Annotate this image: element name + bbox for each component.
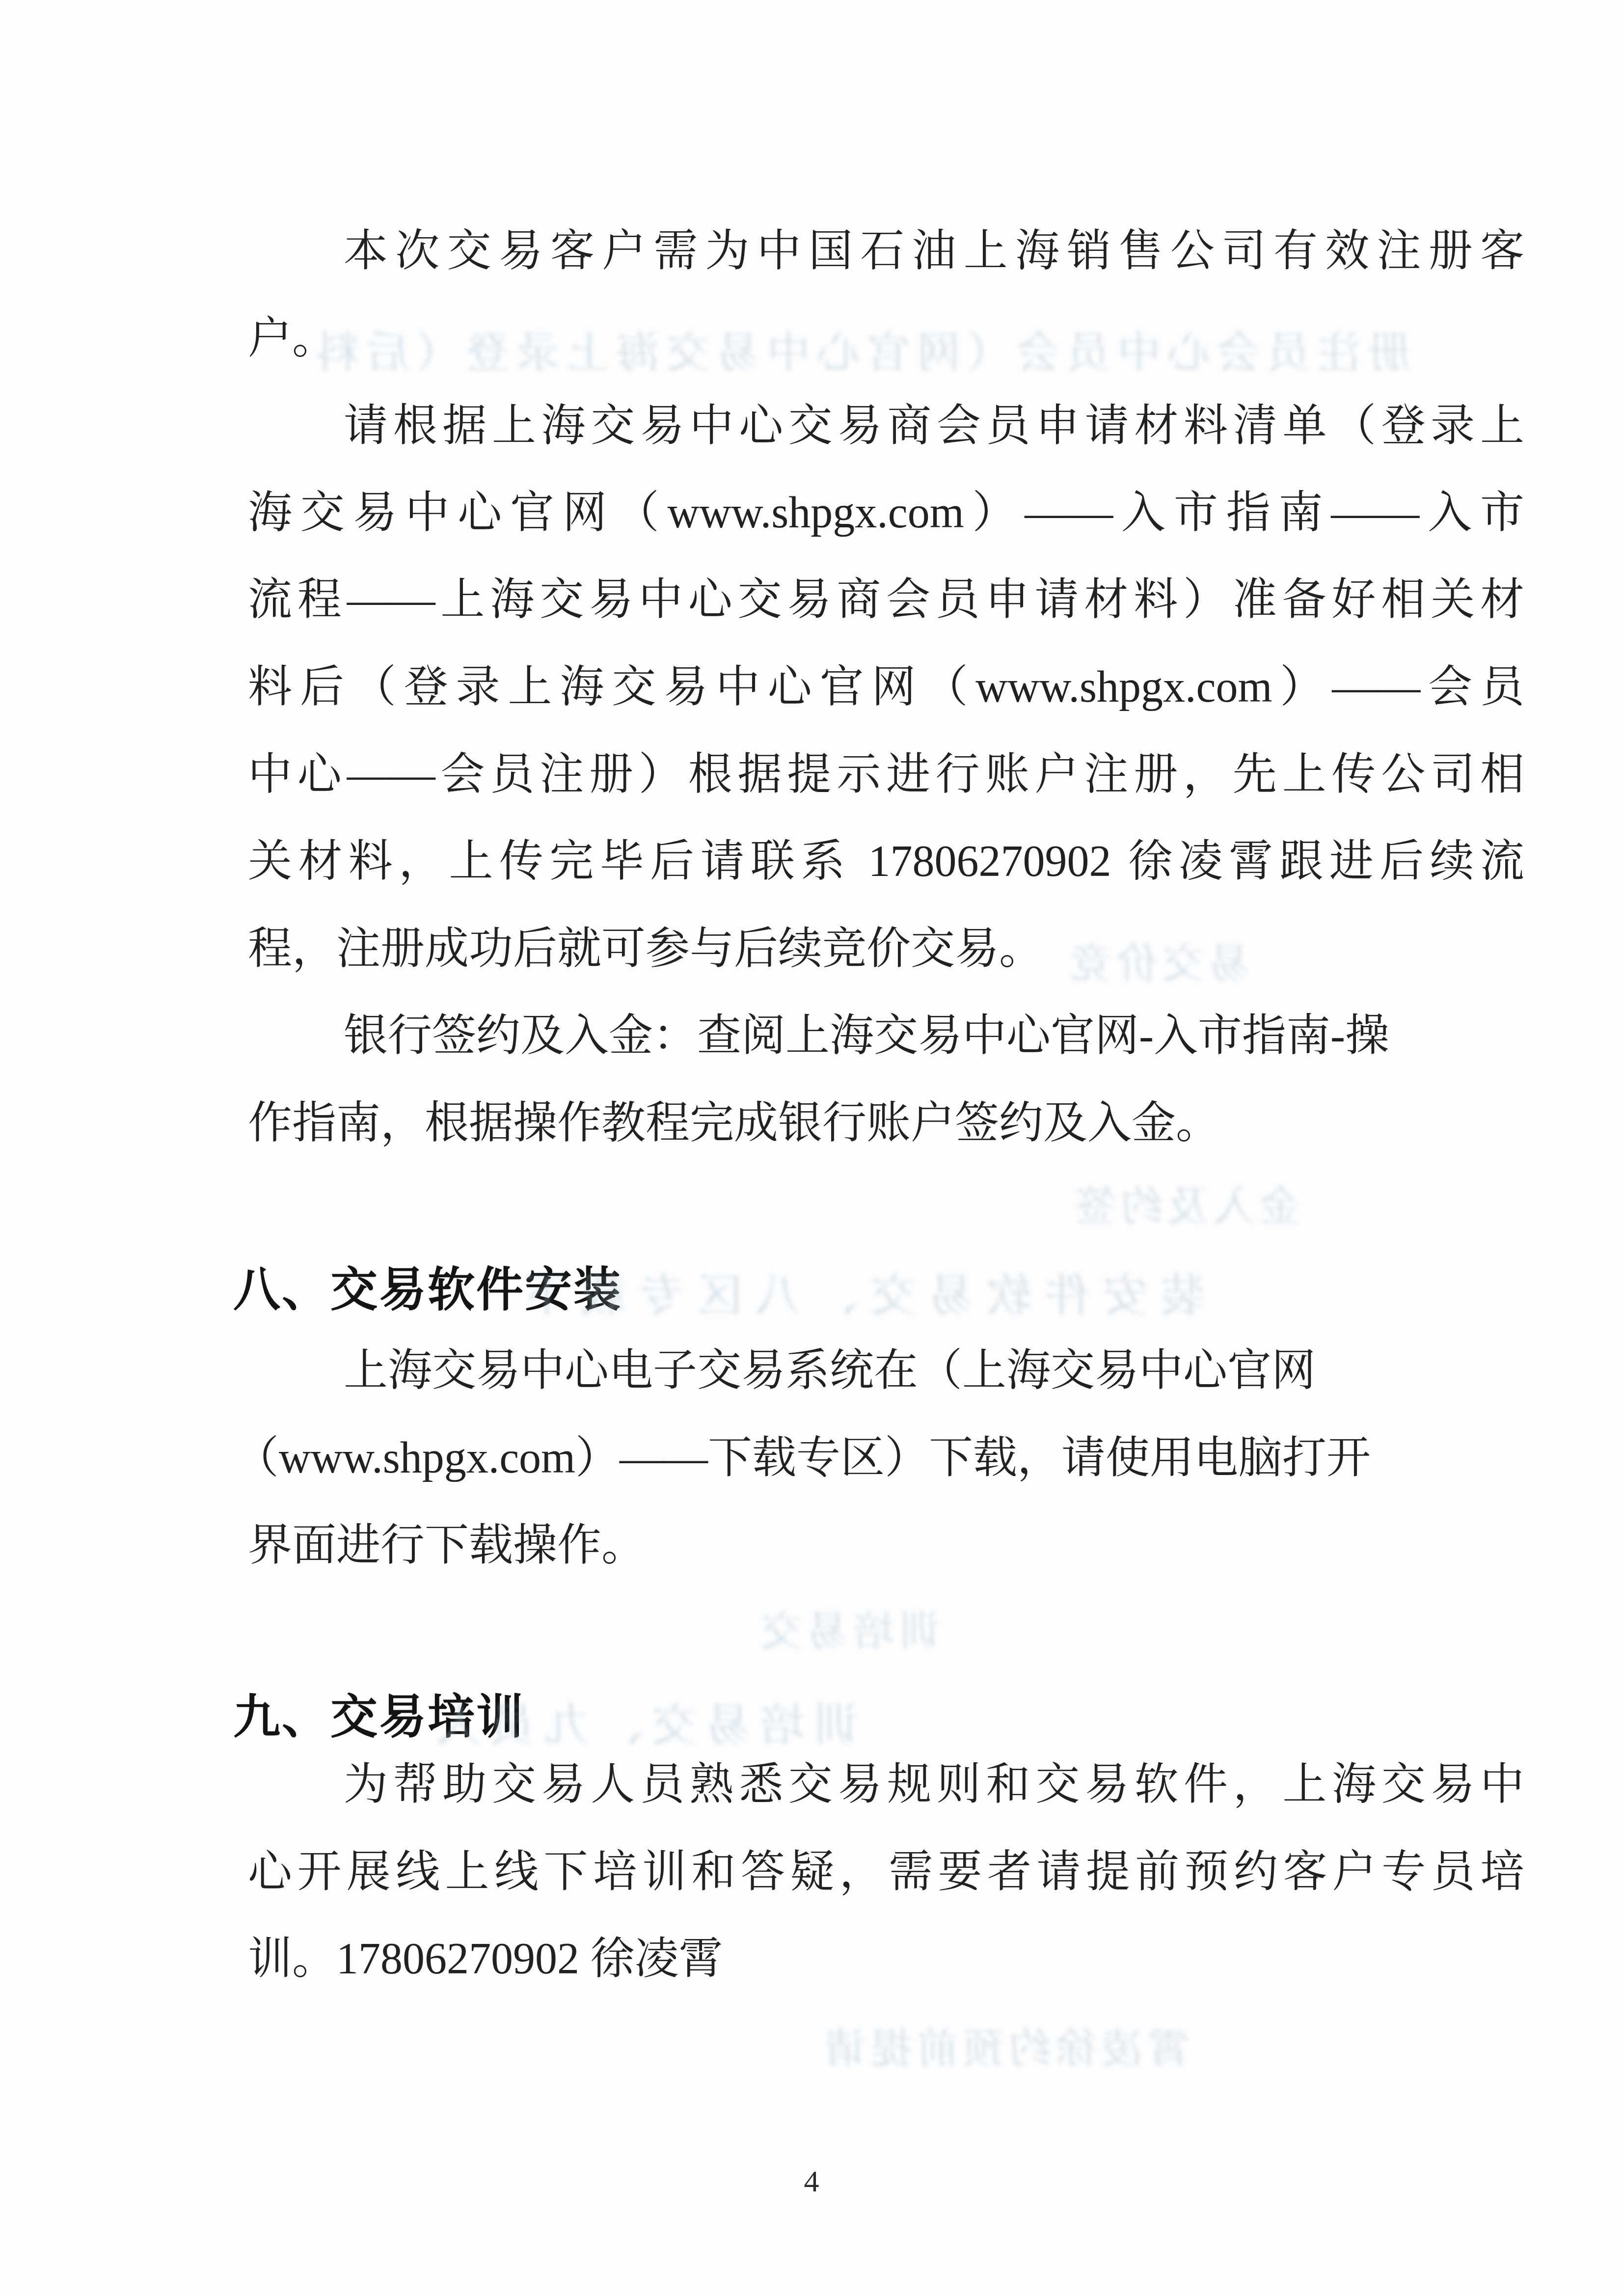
paragraph-line: 海交易中心官网（www.shpgx.com）——入市指南——入市	[248, 489, 1524, 538]
bleedthrough-artifact: 训培易交	[756, 1598, 941, 1658]
section-heading-software-install: 八、交易软件安装	[233, 1252, 622, 1319]
section-heading-training: 九、交易培训	[233, 1679, 525, 1747]
bleedthrough-artifact: 册注员会心中员会（网官心中易交海上录登（后料	[309, 318, 1411, 380]
paragraph-line: 心开展线上线下培训和答疑，需要者请提前预约客户专员培	[248, 1848, 1524, 1897]
bleedthrough-artifact: 金入及约签	[1070, 1174, 1301, 1233]
paragraph-line: 界面进行下载操作。	[248, 1521, 646, 1571]
paragraph-line: 料后（登录上海交易中心官网（www.shpgx.com）——会员	[248, 663, 1524, 712]
paragraph-line: 关材料，上传完毕后请联系 17806270902 徐凌霄跟进后续流	[248, 837, 1524, 887]
paragraph-line: 为帮助交易人员熟悉交易规则和交易软件，上海交易中	[344, 1760, 1524, 1810]
paragraph-line: 作指南，根据操作教程完成银行账户签约及入金。	[248, 1099, 1220, 1148]
paragraph-line: 训。17806270902 徐凌霄	[248, 1935, 723, 1984]
bleedthrough-artifact: 霄凌徐约预前提请	[820, 2016, 1189, 2075]
page-number: 4	[0, 2164, 1623, 2199]
bleedthrough-artifact: 易交价竞	[1065, 930, 1250, 990]
paragraph-line: 程，注册成功后就可参与后续竞价交易。	[248, 925, 1043, 974]
paragraph-line: 上海交易中心电子交易系统在（上海交易中心官网	[344, 1346, 1316, 1396]
paragraph-line: 银行签约及入金：查阅上海交易中心官网-入市指南-操	[344, 1011, 1389, 1061]
document-page: 本次交易客户需为中国石油上海销售公司有效注册客 户。 请根据上海交易中心交易商会…	[0, 0, 1623, 2296]
paragraph-line: 请根据上海交易中心交易商会员申请材料清单（登录上	[344, 402, 1524, 451]
paragraph-line: 户。	[248, 314, 336, 364]
paragraph-line: 本次交易客户需为中国石油上海销售公司有效注册客	[344, 227, 1524, 276]
paragraph-line: （www.shpgx.com）——下载专区）下载，请使用电脑打开	[235, 1434, 1371, 1483]
paragraph-line: 中心——会员注册）根据提示进行账户注册，先上传公司相	[248, 750, 1524, 800]
paragraph-line: 流程——上海交易中心交易商会员申请材料）准备好相关材	[248, 575, 1524, 625]
